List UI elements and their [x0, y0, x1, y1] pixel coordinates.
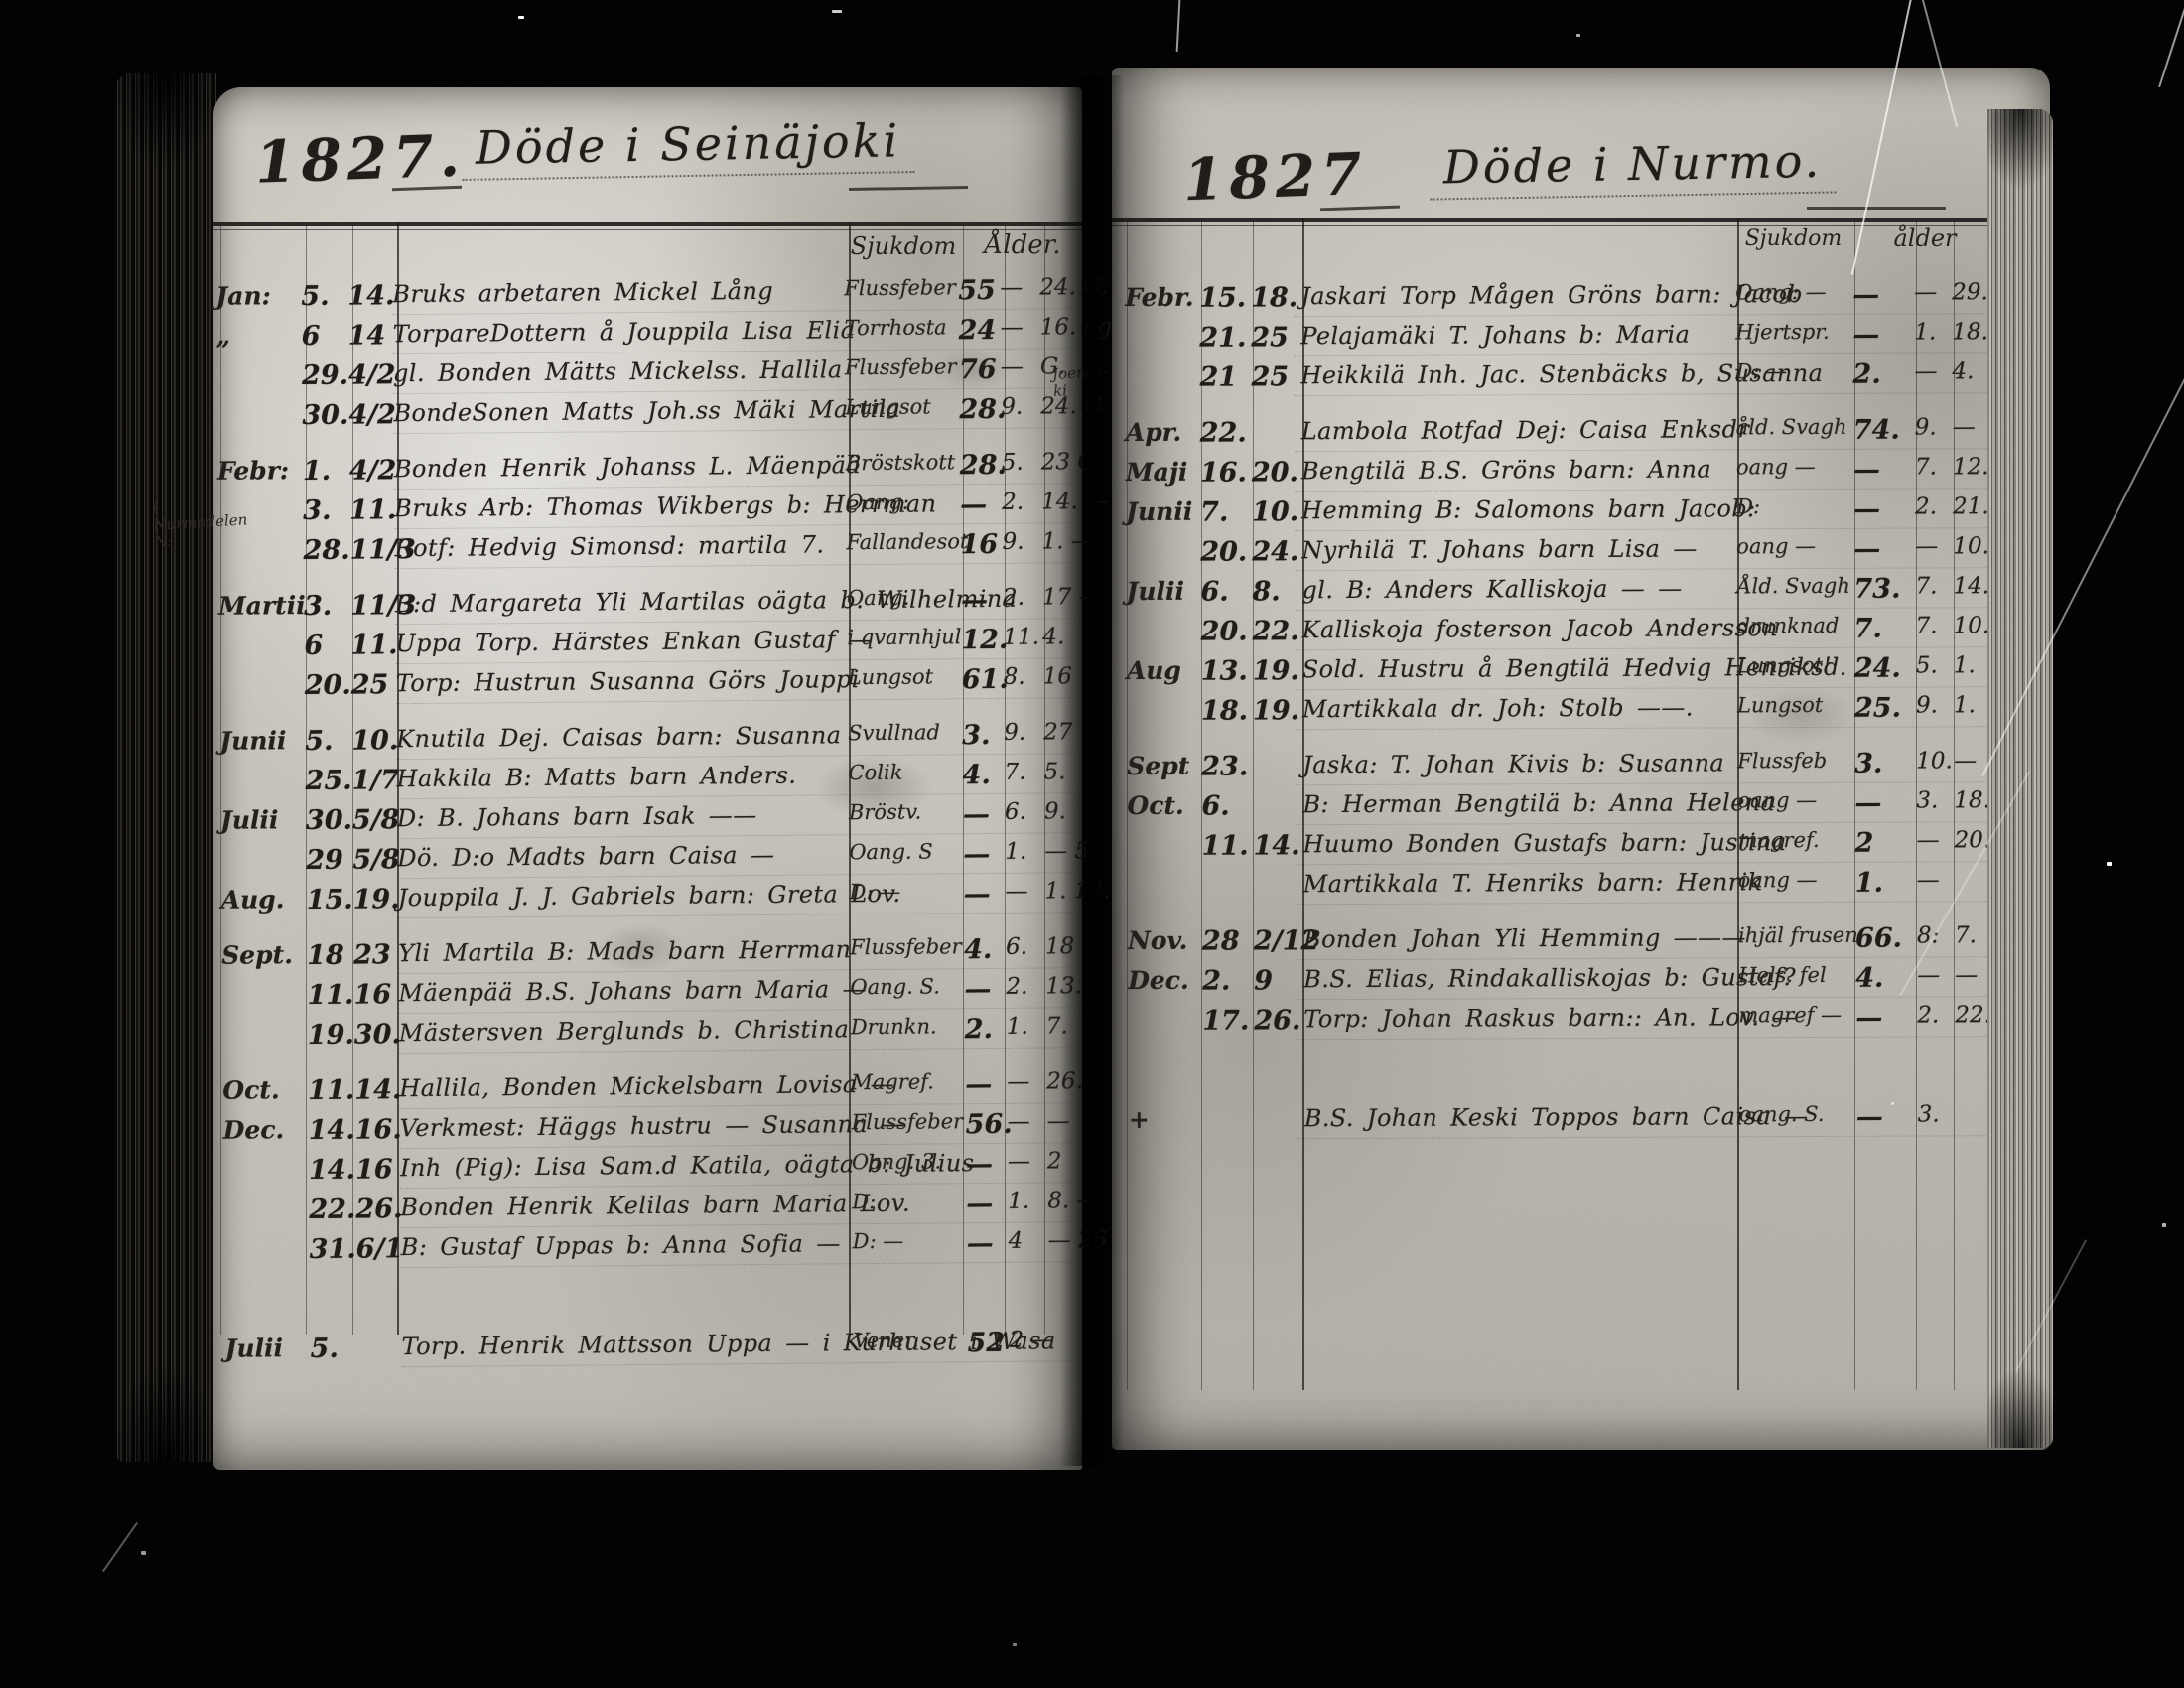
cell-a2: 7.	[1004, 760, 1043, 785]
cell-a2: 2.	[1002, 490, 1041, 515]
cell-sick: Hjertspr.	[1735, 320, 1852, 345]
cell-d2: 16	[355, 1154, 400, 1185]
cell-m	[217, 535, 303, 536]
cell-a2: 3.	[1916, 787, 1954, 813]
cell-a3: —	[1953, 414, 1992, 440]
cell-a1: 28.	[960, 450, 1002, 481]
cell-a1: 73.	[1853, 574, 1915, 605]
right-page-year: 1827	[1182, 140, 1369, 213]
cell-a2: —	[1917, 827, 1955, 853]
cell-name: B: Gustaf Uppas b: Anna Sofia —	[401, 1229, 853, 1261]
cell-d2: 16.	[355, 1114, 400, 1145]
register-row: Julii6.8.gl. B: Anders Kalliskoja — —Åld…	[1111, 573, 2049, 617]
cell-sick: Lungsot!	[1737, 653, 1854, 678]
cell-a2: 11.	[1003, 625, 1042, 650]
cell-sick: Torrhosta	[845, 315, 959, 340]
register-row: 18.19.Martikkala dr. Joh: Stolb ——.Lungs…	[1112, 692, 2050, 736]
cell-d1: 22.	[309, 1195, 355, 1225]
register-row: Apr.22.Lambola Rotfad Dej: Caisa Enksdrå…	[1111, 414, 2049, 458]
cell-m: Martii	[218, 591, 304, 621]
cell-name: Bruks arbetaren Mickel Lång	[392, 276, 844, 308]
cell-a2: —	[1000, 275, 1039, 301]
cell-a1: 61.	[962, 664, 1004, 695]
register-row: +B.S. Johan Keski Toppos barn Caisa —oan…	[1114, 1101, 2052, 1145]
page-edge-stack	[1987, 109, 2053, 1448]
cell-d1: 15.	[307, 885, 353, 915]
cell-m: Febr:	[217, 456, 303, 486]
cell-name: Mästersven Berglunds b. Christina	[399, 1015, 851, 1047]
cell-sick: D:	[852, 1189, 966, 1213]
cell-d1: 16.	[1200, 457, 1252, 488]
cell-d1: 17.	[1202, 1005, 1254, 1036]
cell-a1: —	[964, 974, 1006, 1005]
cell-a1: 1.	[1855, 868, 1917, 899]
cell-d2: 6/1	[356, 1233, 401, 1264]
cell-d2: 11.	[349, 494, 394, 525]
cell-d1: 1.	[303, 456, 349, 487]
cell-d1: 23.	[1201, 751, 1253, 781]
register-row: Julii5.Torp. Henrik Mattsson Uppa — i Ku…	[217, 1327, 1086, 1374]
cell-d2: 18.	[1251, 282, 1300, 313]
cell-d1: 11.	[308, 1075, 354, 1106]
cell-m: Sept	[1127, 752, 1201, 780]
cell-sick: Flussfeber	[850, 934, 964, 959]
cell-a2: 6.	[1006, 934, 1045, 960]
flourish-dash	[1807, 207, 1946, 210]
cell-sick: magref —	[1738, 1003, 1855, 1028]
cell-sick: Åld. Svagh	[1736, 574, 1853, 599]
cell-a1: 52	[967, 1328, 1009, 1358]
cell-a3: 29.	[1952, 279, 1991, 305]
column-header-sjukdom: Sjukdom	[1732, 226, 1854, 251]
cell-d2: 25	[1251, 361, 1300, 392]
cell-sick: oang —	[1737, 788, 1854, 813]
cell-d1: 22.	[1200, 417, 1252, 448]
dust-speck	[2107, 862, 2112, 866]
cell-a1: —	[961, 585, 1003, 616]
register-row: Martikkala T. Henriks barn: Henrikoang —…	[1113, 867, 2051, 911]
cell-a2: 7.	[1915, 454, 1953, 480]
cell-d1: 28	[1202, 925, 1254, 956]
cell-a2: 2 —	[1009, 1327, 1048, 1352]
cell-d1: 29	[306, 845, 352, 876]
cell-d2: 9	[1254, 965, 1303, 996]
cell-d2: 5/8	[352, 804, 397, 835]
cell-a2: —	[1914, 358, 1952, 384]
cell-a1: 55	[958, 275, 1000, 306]
cell-d2: 8.	[1252, 576, 1301, 607]
cell-sick: oang —	[1738, 868, 1855, 893]
cell-a2: 9.	[1915, 414, 1953, 440]
cell-name: Torp: Hustrun Susanna Görs Jouppi	[396, 665, 848, 697]
cell-a1: 28.	[959, 394, 1001, 425]
cell-a2: 7.	[1915, 573, 1953, 599]
cell-d1: 20.	[1201, 616, 1253, 646]
cell-name: B: Herman Bengtilä b: Anna Helena	[1302, 788, 1737, 818]
cell-name: B.S. Elias, Rindakalliskojas b: Gustaf?	[1303, 963, 1738, 993]
cell-sick: drunknad	[1737, 614, 1854, 638]
cell-name: Jouppila J. J. Gabriels barn: Greta Lov.	[398, 880, 850, 912]
register-row: 2125Heikkilä Inh. Jac. Stenbäcks b, Susa…	[1110, 358, 2048, 402]
cell-d1: 14.	[309, 1155, 355, 1186]
register-rows-left: Jan:5.14.Bruks arbetaren Mickel LångFlus…	[208, 274, 1087, 1374]
cell-m	[221, 980, 307, 981]
cell-sick: D: —	[853, 1228, 967, 1253]
cell-a1: —	[1853, 534, 1915, 565]
cell-d1: 6	[302, 321, 348, 352]
cell-a2: 7.	[1916, 613, 1954, 638]
register-row: Aug.15.19.Jouppila J. J. Gabriels barn: …	[214, 878, 1083, 925]
cell-a1: —	[965, 1069, 1007, 1100]
cell-m: „	[216, 321, 302, 351]
cell-name: Yli Martila B: Mads barn Herrman	[398, 935, 850, 967]
cell-d2: 5/8	[352, 844, 397, 875]
cell-d1: 13.	[1201, 655, 1253, 686]
cell-sick: Colik	[848, 760, 962, 784]
cell-m: Aug	[1127, 656, 1201, 685]
cell-sick: Vener.	[853, 1328, 967, 1352]
cell-d1: 15.	[1199, 282, 1251, 313]
cell-a2: 9.	[1916, 692, 1954, 718]
cell-sick: Bröstv.	[849, 799, 963, 824]
scan-canvas: 1827. Döde i Seinäjoki Sjukdom Ålder. Ja…	[0, 0, 2184, 1688]
cell-m: Julii	[224, 1334, 310, 1363]
cell-a1: 66.	[1855, 923, 1917, 954]
cell-a1: 4.	[1855, 963, 1917, 994]
cell-a1: —	[1854, 788, 1916, 819]
cell-d2: 4/2	[348, 399, 393, 430]
cell-d2: 14	[348, 320, 393, 351]
cell-sick: oang. S.	[1739, 1102, 1856, 1127]
cell-name: Jaska: T. Johan Kivis b: Susanna	[1302, 749, 1737, 778]
cell-a1: —	[1852, 320, 1914, 351]
cell-name: Bonden Johan Yli Hemming ———	[1303, 923, 1738, 953]
cell-name: Dö. D:o Madts barn Caisa —	[397, 840, 849, 872]
cell-a2: 1.	[1914, 319, 1952, 345]
cell-d2: 19.	[353, 884, 398, 914]
cell-d1: 7.	[1200, 496, 1252, 527]
cell-a1: —	[966, 1149, 1008, 1180]
register-row: Dec.2.9B.S. Elias, Rindakalliskojas b: G…	[1113, 962, 2051, 1006]
cell-sick: D:	[1736, 494, 1853, 519]
cell-sick: Oang. S.	[850, 974, 964, 999]
cell-a1: —	[963, 799, 1005, 830]
cell-a1: 24	[959, 315, 1001, 346]
cell-m	[219, 670, 305, 671]
cell-d1: 21.	[1199, 322, 1251, 352]
cell-sick: Lungsot	[848, 664, 962, 689]
cell-a2: 1.	[1008, 1188, 1047, 1213]
cell-a2: 3.	[1918, 1101, 1956, 1127]
cell-a1: —	[963, 879, 1005, 910]
cell-d2: 11/3	[349, 534, 394, 565]
cell-a2: 10.	[1916, 748, 1954, 774]
cell-a2: 2.	[1917, 1002, 1955, 1028]
cell-m: Julii	[1126, 577, 1200, 606]
cell-d1: 28.	[303, 535, 349, 566]
cell-sick: Oang: —	[1735, 280, 1852, 305]
cell-name: Martikkala T. Henriks barn: Henrik	[1303, 868, 1738, 898]
cell-a2: 5.	[1002, 450, 1041, 476]
register-row: 11.14.Huumo Bonden Gustafs barn: Justina…	[1113, 827, 2051, 871]
cell-a2: 2.	[1006, 974, 1045, 1000]
cell-m: Sept.	[221, 940, 307, 970]
cell-name: Inh (Pig): Lisa Sam.d Katila, oägta b: J…	[400, 1150, 852, 1182]
register-row: Maji16.20.Bengtilä B.S. Gröns barn: Anna…	[1111, 454, 2049, 497]
cell-d2: 30.	[354, 1019, 399, 1050]
cell-name: gl. B: Anders Kalliskoja — —	[1301, 574, 1736, 604]
left-page: 1827. Döde i Seinäjoki Sjukdom Ålder. Ja…	[213, 87, 1082, 1470]
cell-m	[223, 1195, 309, 1196]
cell-name: Pelajamäki T. Johans b: Maria	[1300, 320, 1735, 350]
cell-a1: 2	[1855, 828, 1917, 859]
cell-name: Knutila Dej. Caisas barn: Susanna	[396, 721, 848, 753]
cell-sick: oang —	[1736, 534, 1853, 559]
cell-name: Heikkilä Inh. Jac. Stenbäcks b, Susanna	[1300, 359, 1735, 389]
cell-sick: Oang. S	[849, 839, 963, 864]
cell-m: Aug.	[221, 885, 307, 914]
cell-a2: —	[1915, 533, 1953, 559]
cell-d2: 16	[353, 979, 398, 1010]
cell-sick: Flussfeber	[852, 1109, 966, 1134]
cell-a2: 4	[1009, 1227, 1048, 1253]
cell-name: Bonden Henrik Kelilas barn Maria Lov.	[400, 1190, 852, 1221]
dust-speck	[832, 10, 842, 13]
register-row: Febr.15.18.Jaskari Torp Mågen Gröns barn…	[1110, 279, 2048, 323]
cell-d2: 14.	[354, 1074, 399, 1105]
cell-a3: 18.	[1952, 319, 1991, 345]
cell-a2: 2.	[1003, 585, 1042, 611]
cell-m: Dec.	[223, 1115, 309, 1145]
cell-name: Torp. Henrik Mattsson Uppa — i Kurhuset …	[401, 1329, 853, 1360]
book-spine-edge	[115, 73, 216, 1462]
cell-sick: Magref.	[851, 1069, 965, 1094]
cell-d1: 2.	[1202, 965, 1254, 996]
cell-name: gl. Bonden Mätts Mickelss. Hallila	[393, 355, 845, 387]
cell-a2: —	[1005, 879, 1044, 905]
cell-m	[219, 766, 305, 767]
cell-a1: —	[960, 490, 1002, 520]
cell-a1: —	[1856, 1102, 1918, 1133]
cell-name: Bruks Arb: Thomas Wikbergs b: Herrman	[394, 491, 846, 522]
cell-m: Dec.	[1128, 966, 1202, 995]
register-row: 31.6/1B: Gustaf Uppas b: Anna Sofia —D: …	[217, 1227, 1086, 1275]
cell-d1: 3.	[304, 591, 350, 622]
cell-a1: —	[963, 839, 1005, 870]
cell-a1: 74.	[1853, 415, 1915, 446]
book-gutter-shadow	[1060, 75, 1124, 1466]
register-row: 20.22.Kalliskoja fosterson Jacob Anderss…	[1112, 613, 2050, 656]
cell-sick: Flussfeber	[845, 354, 959, 379]
cell-a2: —	[1001, 354, 1040, 380]
cell-sick: Drunkn.	[851, 1014, 965, 1039]
dust-speck	[1013, 1643, 1017, 1646]
cell-name: Uppa Torp. Härstes Enkan Gustaf —	[395, 626, 847, 657]
left-page-year: 1827.	[254, 121, 467, 196]
register-row: 17.26.Torp: Johan Raskus barn:: An. Lov.…	[1113, 1002, 2051, 1046]
cell-d2: 14.	[1254, 830, 1303, 861]
cell-m	[223, 1155, 309, 1156]
cell-name: Torp: Johan Raskus barn:: An. Lov. —	[1303, 1003, 1738, 1033]
cell-m: Maji	[1126, 458, 1200, 487]
cell-a2: 1.	[1005, 839, 1044, 865]
cell-d1: 5.	[305, 726, 351, 757]
cell-d1: 31.	[310, 1234, 356, 1265]
cell-a2: —	[1007, 1069, 1046, 1095]
cell-m	[216, 360, 302, 361]
register-row: Oct.6.B: Herman Bengtilä b: Anna Helenao…	[1112, 787, 2050, 831]
cell-d2: 25	[351, 669, 396, 700]
cell-d1: 18	[307, 940, 353, 971]
cell-a2: 1.	[1007, 1014, 1046, 1040]
register-row: Nov.282/12Bonden Johan Yli Hemming ———ih…	[1113, 922, 2051, 966]
scratch-artifact	[2158, 2, 2184, 87]
register-row: Junii7.10.Hemming B: Salomons barn Jacob…	[1111, 493, 2049, 537]
cell-a1: —	[1853, 494, 1915, 525]
cell-d1: 20.	[1200, 536, 1252, 567]
cell-d2: 25	[1251, 322, 1300, 352]
cell-a1: —	[1855, 1003, 1917, 1034]
cell-sick: Svullnad	[848, 720, 962, 745]
cell-sick: Oang.	[847, 585, 961, 610]
cell-d2: 11/3	[350, 590, 395, 621]
cell-m: Febr.	[1125, 283, 1199, 312]
cell-a2: —	[1008, 1109, 1047, 1135]
cell-d1: 18.	[1201, 695, 1253, 726]
cell-a1: 3.	[962, 720, 1004, 751]
cell-d1: 6.	[1200, 576, 1252, 607]
cell-sick: Oang. 3.	[852, 1149, 966, 1174]
cell-d2: 2/12	[1254, 925, 1303, 956]
cell-name: Nyrhilä T. Johans barn Lisa —	[1301, 534, 1736, 564]
cell-name: Verkmest: Häggs hustru — Susanna —	[400, 1110, 852, 1142]
cell-a2: 9.	[1002, 529, 1041, 555]
right-page-title: Döde i Nurmo.	[1430, 133, 1837, 200]
cell-a1: —	[1853, 455, 1915, 486]
cell-name: BondeSonen Matts Joh.ss Mäki Martila	[393, 395, 845, 427]
cell-a2: —	[1008, 1149, 1047, 1175]
cell-name: B.S. Johan Keski Toppos barn Caisa —	[1304, 1102, 1739, 1132]
register-row: 30.4/2BondeSonen Matts Joh.ss Mäki Marti…	[209, 393, 1078, 441]
flourish-dash	[849, 186, 968, 191]
cell-d2: 19.	[1253, 655, 1302, 686]
cell-a2: —	[1917, 962, 1955, 988]
cell-a1: 16	[960, 529, 1002, 560]
cell-m	[216, 400, 302, 401]
cell-name: Huumo Bonden Gustafs barn: Justina	[1303, 828, 1738, 858]
register-row: Sept23.Jaska: T. Johan Kivis b: SusannaF…	[1112, 748, 2050, 791]
cell-d2: 10.	[1252, 496, 1301, 527]
header-rule	[213, 222, 1082, 226]
cell-d1: 6	[304, 631, 350, 661]
cell-a3: 4.	[1952, 358, 1991, 384]
cell-d2: 24.	[1252, 536, 1301, 567]
cell-a2: 9.	[1001, 394, 1040, 420]
scratch-artifact	[102, 1522, 138, 1572]
cell-d1: 5.	[310, 1334, 356, 1364]
cell-m: Oct.	[222, 1075, 308, 1105]
cell-sick: Oang:	[846, 490, 960, 514]
cell-d1: 20.	[305, 670, 351, 701]
cell-d1: 5.	[301, 281, 347, 312]
cell-a2: 8.	[1004, 664, 1043, 690]
cell-d2: 4/2	[349, 455, 394, 486]
cell-d2: 26.	[355, 1194, 400, 1224]
cell-m	[218, 631, 304, 632]
scratch-artifact	[1176, 0, 1181, 52]
cell-sick: D: —	[849, 879, 963, 904]
cell-d1: 19.	[308, 1020, 354, 1051]
cell-name: TorpareDottern å Jouppila Lisa Elia	[393, 316, 845, 348]
cell-a2: —	[1001, 315, 1040, 341]
cell-a3: 12.	[1953, 454, 1992, 480]
cell-d2: 4/2	[348, 359, 393, 390]
cell-d2: 23	[353, 939, 398, 970]
cell-m: Junii	[219, 726, 305, 756]
cell-a2: 2.	[1915, 493, 1953, 519]
column-header-sjukdom: Sjukdom	[844, 232, 963, 260]
cell-m	[222, 1020, 308, 1021]
cell-name: Mäenpää B.S. Johans barn Maria —	[398, 975, 850, 1007]
cell-d1: 30.	[302, 400, 348, 431]
cell-m: Julii	[220, 805, 306, 835]
dust-speck	[141, 1551, 146, 1555]
cell-sick: ihjäl frusen	[1738, 923, 1855, 948]
cell-sick: D: —	[1735, 359, 1852, 384]
cell-a1: 4.	[962, 760, 1004, 790]
cell-name: B:d Margareta Yli Martilas oägta b. Wilh…	[395, 586, 847, 618]
dust-speck	[2162, 1223, 2166, 1227]
cell-a1: —	[966, 1189, 1008, 1219]
cell-name: Hallila, Bonden Mickelsbarn Lovisa —	[399, 1070, 851, 1102]
right-page: 1827 Döde i Nurmo. Sjukdom ålder Febr.15…	[1112, 68, 2050, 1450]
cell-name: Bonden Henrik Johanss L. Mäenpää	[394, 451, 846, 483]
cell-sick: åld. Svagh	[1736, 415, 1853, 440]
left-page-title: Döde i Seinäjoki	[462, 113, 915, 181]
cell-a2: 5.	[1916, 652, 1954, 678]
cell-a1: 24.	[1854, 653, 1916, 684]
cell-sick: oang —	[1736, 455, 1853, 480]
cell-sick: Lungsot	[1737, 693, 1854, 718]
cell-m	[220, 845, 306, 846]
register-row: 21.25Pelajamäki T. Johans b: MariaHjerts…	[1110, 319, 2048, 362]
cell-d2: 10.	[351, 725, 396, 756]
cell-name: D: B. Johans barn Isak ——	[397, 800, 849, 832]
cell-sick: Lungsot	[845, 394, 959, 419]
cell-a1: —	[1852, 280, 1914, 311]
cell-sick: Bröstskott	[846, 450, 960, 475]
cell-m: Junii	[1126, 497, 1200, 526]
dust-speck	[518, 16, 524, 19]
register-row: 28.11/3Rotf: Hedvig Simonsd: martila 7.F…	[210, 528, 1079, 576]
register-row: 20.24.Nyrhilä T. Johans barn Lisa —oang …	[1111, 533, 2049, 577]
cell-d1: 29.	[302, 360, 348, 391]
cell-a1: 3.	[1854, 749, 1916, 779]
cell-d1: 25.	[305, 766, 351, 796]
register-rows-right: Febr.15.18.Jaskari Torp Mågen Gröns barn…	[1110, 279, 2052, 1145]
cell-d1: 30.	[306, 805, 352, 836]
cell-m	[217, 495, 303, 496]
cell-a2: —	[1917, 867, 1955, 893]
cell-a1: 7.	[1854, 614, 1916, 644]
cell-a1: 2.	[965, 1014, 1007, 1045]
cell-m: Oct.	[1127, 791, 1201, 820]
cell-sick: Hels. fel	[1738, 963, 1855, 988]
column-header-alder: ålder	[1854, 224, 1995, 252]
cell-name: Hakkila B: Matts barn Anders.	[396, 761, 848, 792]
cell-d1: 6.	[1201, 790, 1253, 821]
register-row: 20.25Torp: Hustrun Susanna Görs JouppiLu…	[212, 663, 1081, 711]
